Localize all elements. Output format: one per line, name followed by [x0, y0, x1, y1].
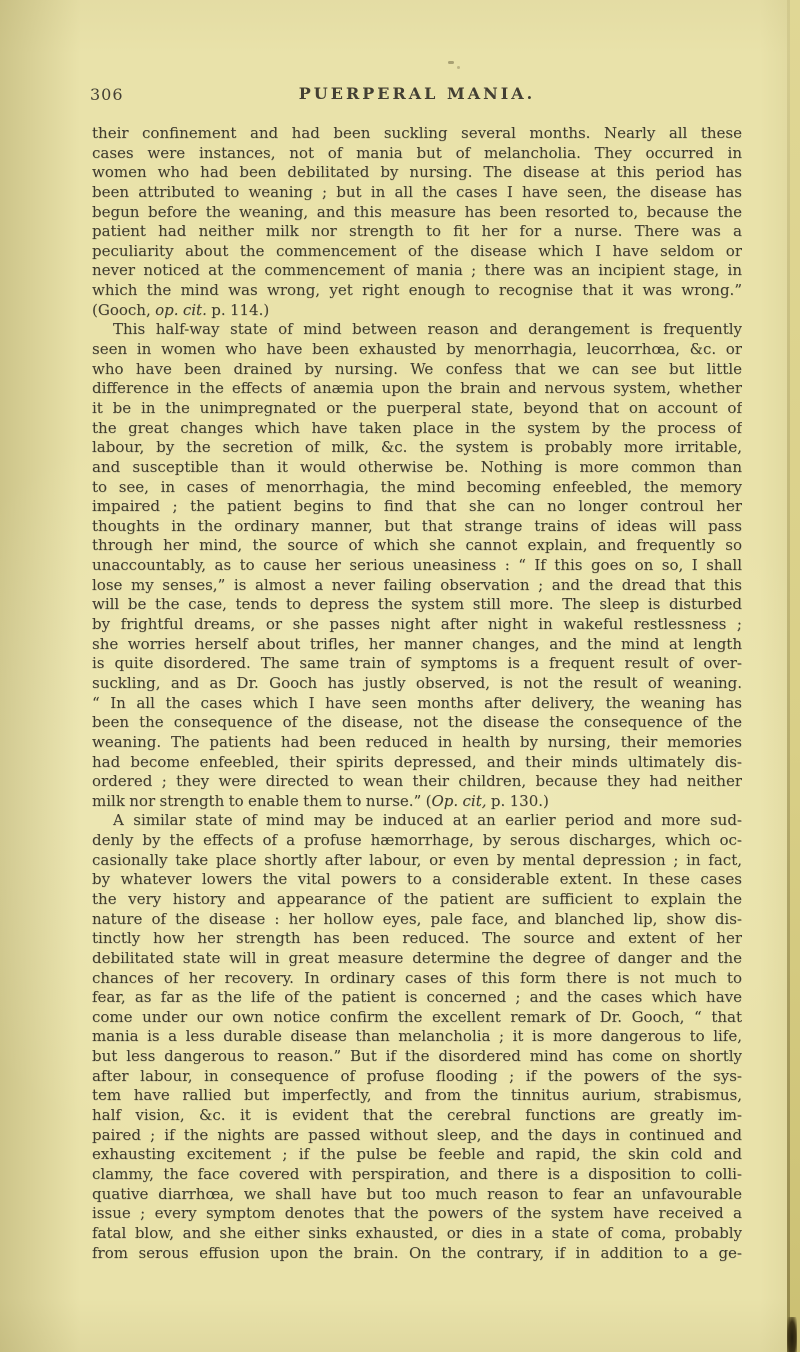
- text-line: by whatever lowers the vital powers to a…: [92, 870, 742, 890]
- text-line: weaning. The patients had been reduced i…: [92, 733, 742, 753]
- text-line: unaccountably, as to cause her serious u…: [92, 556, 742, 576]
- text-line: been the consequence of the disease, not…: [92, 713, 742, 733]
- text-line: begun before the weaning, and this measu…: [92, 203, 742, 223]
- text-line: but less dangerous to reason.” But if th…: [92, 1047, 742, 1067]
- text-line: had become enfeebled, their spirits depr…: [92, 753, 742, 773]
- text-line: difference in the effects of anæmia upon…: [92, 379, 742, 399]
- text-line: impaired ; the patient begins to find th…: [92, 497, 742, 517]
- scanned-book-page: { "page": { "number": "306", "running_ti…: [0, 0, 800, 1352]
- running-title: PUERPERAL MANIA.: [92, 84, 742, 103]
- text-line: suckling, and as Dr. Gooch has justly ob…: [92, 674, 742, 694]
- text-line: patient had neither milk nor strength to…: [92, 222, 742, 242]
- paper-speck: [448, 61, 454, 64]
- text-line: nature of the disease : her hollow eyes,…: [92, 910, 742, 930]
- text-line: it be in the unimpregnated or the puerpe…: [92, 399, 742, 419]
- page-edge-strip: [790, 0, 800, 1352]
- text-line: tinctly how her strength has been reduce…: [92, 929, 742, 949]
- text-line: clammy, the face covered with perspirati…: [92, 1165, 742, 1185]
- text-line: fatal blow, and she either sinks exhaust…: [92, 1224, 742, 1244]
- text-line: thoughts in the ordinary manner, but tha…: [92, 517, 742, 537]
- citation-italic: op. cit.: [155, 301, 207, 319]
- text-line: labour, by the secretion of milk, &c. th…: [92, 438, 742, 458]
- paragraph: This half-way state of mind between reas…: [92, 320, 742, 811]
- text-line: chances of her recovery. In ordinary cas…: [92, 969, 742, 989]
- text-line: denly by the effects of a profuse hæmorr…: [92, 831, 742, 851]
- paragraph: A similar state of mind may be induced a…: [92, 811, 742, 1263]
- text-line: casionally take place shortly after labo…: [92, 851, 742, 871]
- binding-shadow: [787, 1317, 797, 1352]
- text-line: This half-way state of mind between reas…: [92, 320, 742, 340]
- text-line: who have been drained by nursing. We con…: [92, 360, 742, 380]
- text-line: A similar state of mind may be induced a…: [92, 811, 742, 831]
- text-line: their confinement and had been suckling …: [92, 124, 742, 144]
- text-line: cases were instances, not of mania but o…: [92, 144, 742, 164]
- text-line: and susceptible than it would otherwise …: [92, 458, 742, 478]
- text-line: is quite disordered. The same train of s…: [92, 654, 742, 674]
- paragraph: their confinement and had been suckling …: [92, 124, 742, 320]
- paper-speck: [457, 66, 460, 69]
- text-line: (Gooch, op. cit. p. 114.): [92, 301, 742, 321]
- text-line: mania is a less durable disease than mel…: [92, 1027, 742, 1047]
- text-block: their confinement and had been suckling …: [92, 124, 742, 1263]
- text-line: seen in women who have been exhausted by…: [92, 340, 742, 360]
- text-line: half vision, &c. it is evident that the …: [92, 1106, 742, 1126]
- text-line: “ In all the cases which I have seen mon…: [92, 694, 742, 714]
- text-line: which the mind was wrong, yet right enou…: [92, 281, 742, 301]
- text-line: to see, in cases of menorrhagia, the min…: [92, 478, 742, 498]
- text-line: milk nor strength to enable them to nurs…: [92, 792, 742, 812]
- text-line: peculiarity about the commencement of th…: [92, 242, 742, 262]
- text-line: she worries herself about trifles, her m…: [92, 635, 742, 655]
- text-line: by frightful dreams, or she passes night…: [92, 615, 742, 635]
- text-line: issue ; every symptom denotes that the p…: [92, 1204, 742, 1224]
- text-line: tem have rallied but imperfectly, and fr…: [92, 1086, 742, 1106]
- text-line: from serous effusion upon the brain. On …: [92, 1244, 742, 1264]
- text-line: quative diarrhœa, we shall have but too …: [92, 1185, 742, 1205]
- text-line: debilitated state will in great measure …: [92, 949, 742, 969]
- text-line: women who had been debilitated by nursin…: [92, 163, 742, 183]
- text-line: after labour, in consequence of profuse …: [92, 1067, 742, 1087]
- text-line: been attributed to weaning ; but in all …: [92, 183, 742, 203]
- text-line: the great changes which have taken place…: [92, 419, 742, 439]
- text-line: lose my senses,” is almost a never faili…: [92, 576, 742, 596]
- text-line: fear, as far as the life of the patient …: [92, 988, 742, 1008]
- text-line: ordered ; they were directed to wean the…: [92, 772, 742, 792]
- text-line: exhausting excitement ; if the pulse be …: [92, 1145, 742, 1165]
- text-line: through her mind, the source of which sh…: [92, 536, 742, 556]
- text-line: never noticed at the commencement of man…: [92, 261, 742, 281]
- text-line: come under our own notice confirm the ex…: [92, 1008, 742, 1028]
- text-line: the very history and appearance of the p…: [92, 890, 742, 910]
- text-line: paired ; if the nights are passed withou…: [92, 1126, 742, 1146]
- citation-italic: Op. cit,: [431, 792, 486, 810]
- text-line: will be the case, tends to depress the s…: [92, 595, 742, 615]
